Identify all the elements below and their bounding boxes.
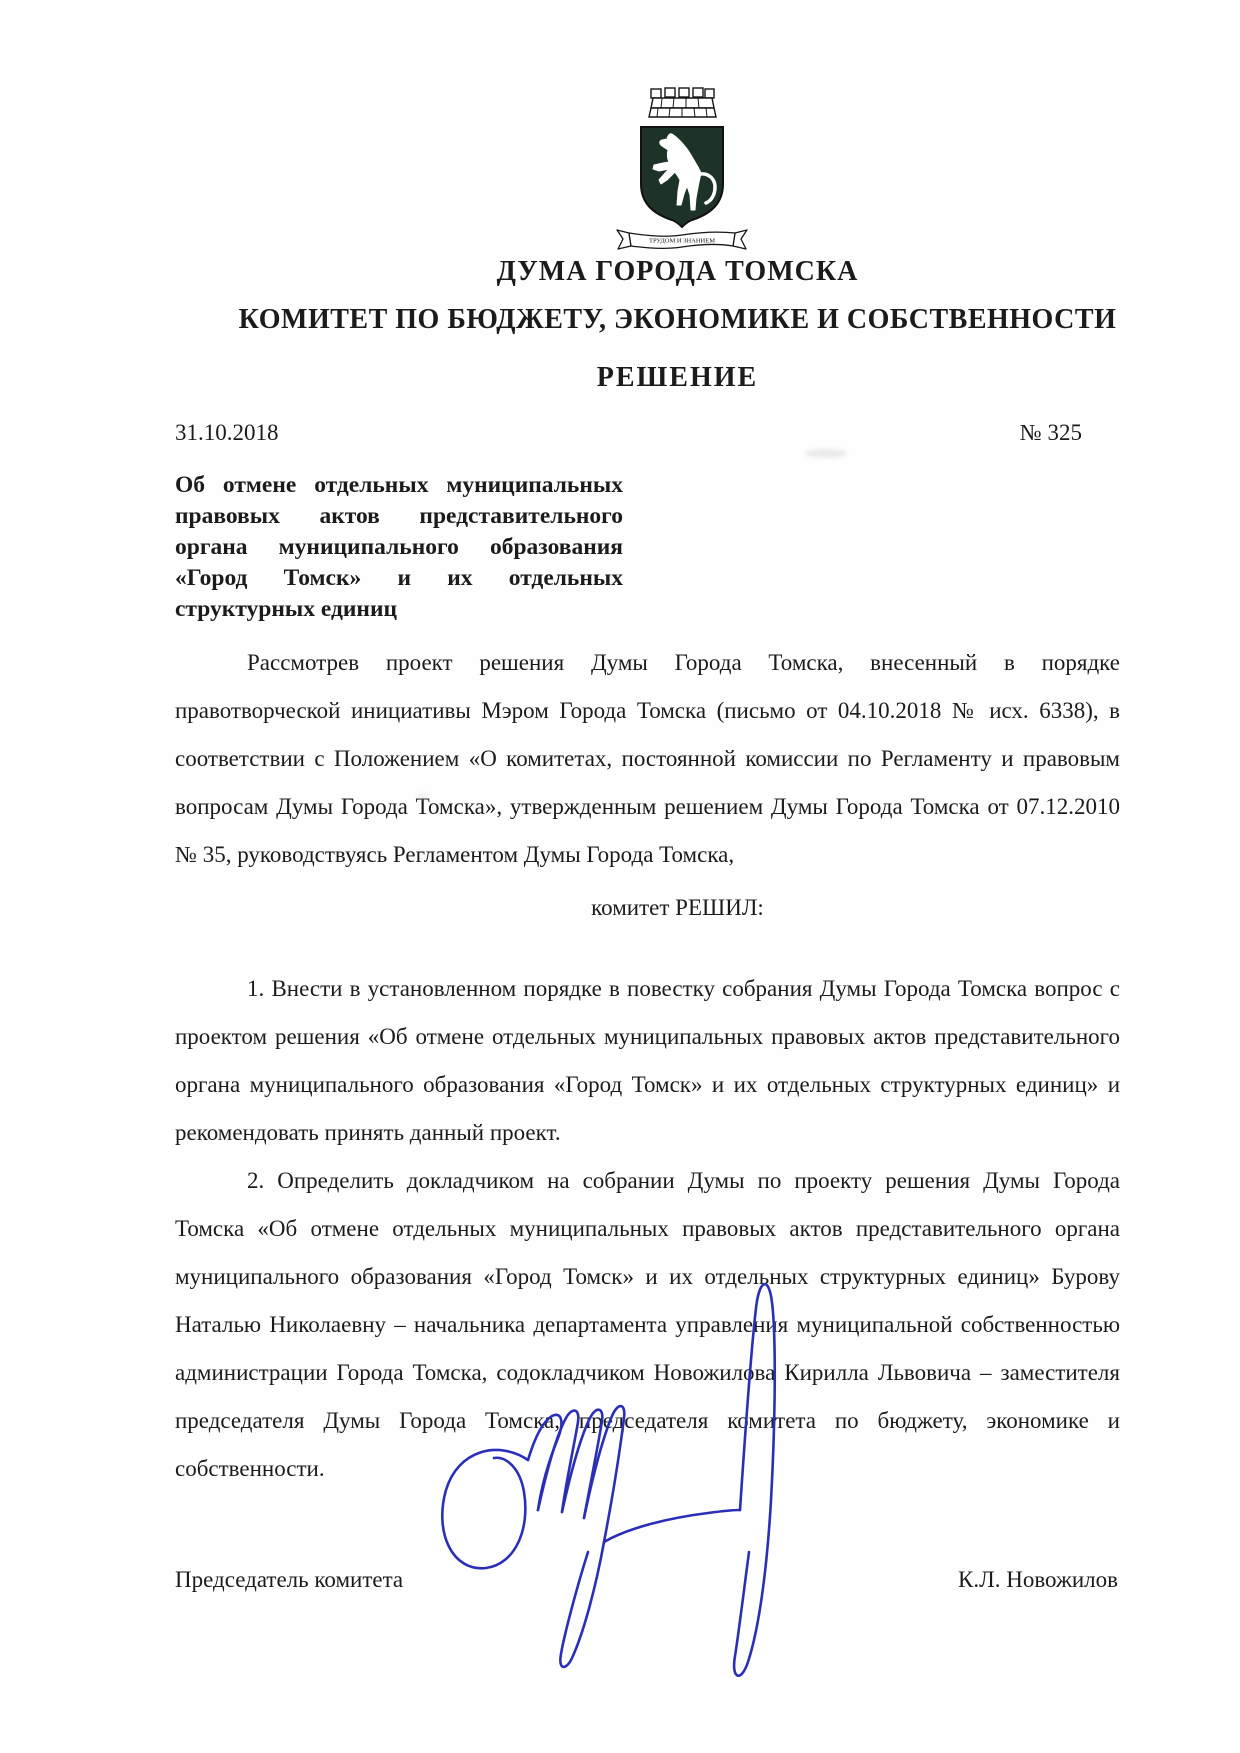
signature-position-label: Председатель комитета: [175, 1567, 403, 1593]
signature-name: К.Л. Новожилов: [958, 1567, 1118, 1593]
doc-number: № 325: [1020, 420, 1082, 446]
preamble-paragraph: Рассмотрев проект решения Думы Города То…: [175, 639, 1120, 879]
doc-type-title: РЕШЕНИЕ: [205, 362, 1150, 394]
resolution-heading: комитет РЕШИЛ:: [205, 893, 1150, 923]
scan-artifact: [805, 449, 847, 458]
resolution-item-2: 2. Определить докладчиком на собрании Ду…: [175, 1157, 1120, 1493]
resolution-item-1: 1. Внести в установленном порядке в пове…: [175, 965, 1120, 1157]
doc-date: 31.10.2018: [175, 420, 279, 446]
signature-row: Председатель комитета К.Л. Новожилов: [175, 1567, 1120, 1593]
committee-title: КОМИТЕТ ПО БЮДЖЕТУ, ЭКОНОМИКЕ И СОБСТВЕН…: [205, 304, 1150, 336]
scan-artifact: [416, 793, 430, 799]
document-page: ТРУДОМ И ЗНАНИЕМ ДУМА ГОРОДА ТОМСКА КОМИ…: [0, 0, 1240, 1753]
document-body: ДУМА ГОРОДА ТОМСКА КОМИТЕТ ПО БЮДЖЕТУ, Э…: [175, 0, 1120, 1593]
date-number-row: 31.10.2018 № 325: [175, 420, 1120, 446]
subject-paragraph: Об отмене отдельных муниципальных правов…: [175, 470, 623, 625]
org-title: ДУМА ГОРОДА ТОМСКА: [205, 256, 1150, 288]
